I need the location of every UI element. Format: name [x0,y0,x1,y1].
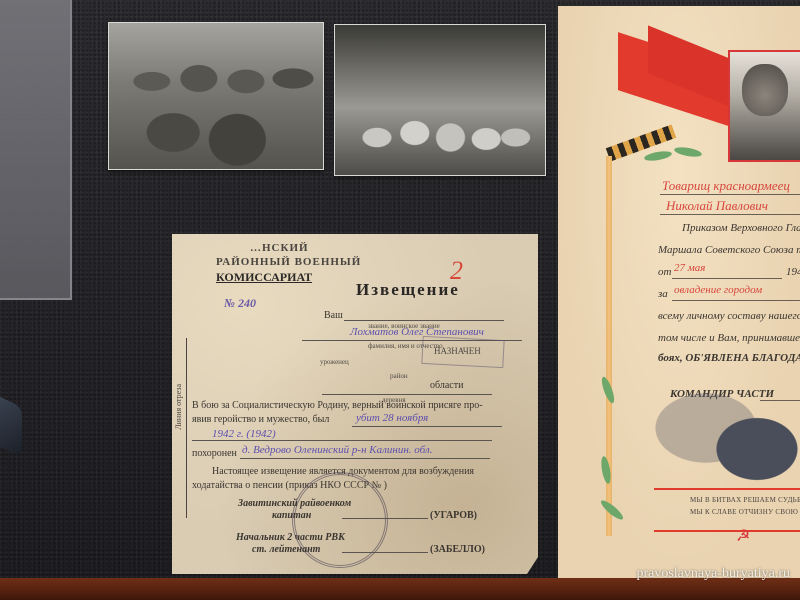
notice-label-vash: Ваш [324,310,343,321]
notice-sign2-name: (ЗАБЕЛЛО) [430,544,485,555]
photo-group-portrait [108,22,324,170]
cert-hand-date: 27 мая [674,262,705,274]
notice-sign1-rank: капитан [272,510,311,521]
cert-text-line4: том числе и Вам, принимавше… [658,332,800,344]
notice-number: № 240 [224,296,256,311]
cert-hand-for: овладение городом [674,284,762,296]
notice-caption-district: район [390,372,408,380]
notice-label-buried: похоронен [192,448,237,459]
cert-recipient-line1: Товарищ красноармеец [662,178,790,194]
cert-motto-line1: МЫ В БИТВАХ РЕШАЕМ СУДЬБУ ПОКОЛ… [690,496,800,504]
death-notice-document: …НСКИЙ РАЙОННЫЙ ВОЕННЫЙ КОМИССАРИАТ № 24… [172,234,538,574]
notice-hand-name: Лохматов Олег Степанович [350,326,484,338]
plexiglass-panel [0,0,72,300]
cert-recipient-line2: Николай Павлович [666,198,768,214]
cert-motto-line2: МЫ К СЛАВЕ ОТЧИЗНУ СВОЮ ПОВЕД… [690,508,800,516]
notice-sign2-rank: ст. лейтенант [252,544,320,555]
cert-label-for: за [658,288,668,300]
photo-outdoor-group [334,24,546,176]
notice-org-line2: РАЙОННЫЙ ВОЕННЫЙ [216,256,361,268]
notice-org-line3: КОМИССАРИАТ [216,270,312,285]
cert-label-from: от [658,266,671,278]
cert-year-prefix: 194 [786,266,800,278]
notice-body-line2: явив геройство и мужество, был [192,414,329,425]
notice-side-text: Линия отреза [174,384,184,430]
notice-hand-buried: д. Ведрово Оленинский р-н Калинин. обл. [242,444,432,456]
cert-text-line3: всему личному составу нашего… [658,310,800,322]
notice-stamp-text: НАЗНАЧЕН [434,346,481,356]
notice-sign2-title: Начальник 2 части РВК [236,532,345,543]
notice-hand-killed: убит 28 ноября [356,412,428,424]
notice-hand-year: 1942 г. (1942) [212,428,276,440]
notice-org-line1: …НСКИЙ [250,242,309,254]
notice-body-line1: В бою за Социалистическую Родину, верный… [192,400,483,411]
notice-red-mark: 2 [450,256,463,286]
battle-scene-illustration [638,358,800,498]
notice-caption-region: области [430,380,463,391]
cert-order-line2: Маршала Советского Союза то… [658,244,800,256]
cert-order-line1: Приказом Верховного Главн… [682,222,800,234]
notice-title: Извещение [356,280,460,300]
gratitude-certificate: Товарищ красноармеец Николай Павлович Пр… [558,6,800,578]
notice-sign1-title: Завитинский райвоенком [238,498,351,509]
notice-sign1-name: (УГАРОВ) [430,510,477,521]
hammer-sickle-icon: ☭ [736,526,750,546]
watermark: pravoslavnaya-buryatiya.ru [636,566,790,582]
notice-caption-native: уроженец [320,358,349,366]
portrait-image [728,50,800,162]
